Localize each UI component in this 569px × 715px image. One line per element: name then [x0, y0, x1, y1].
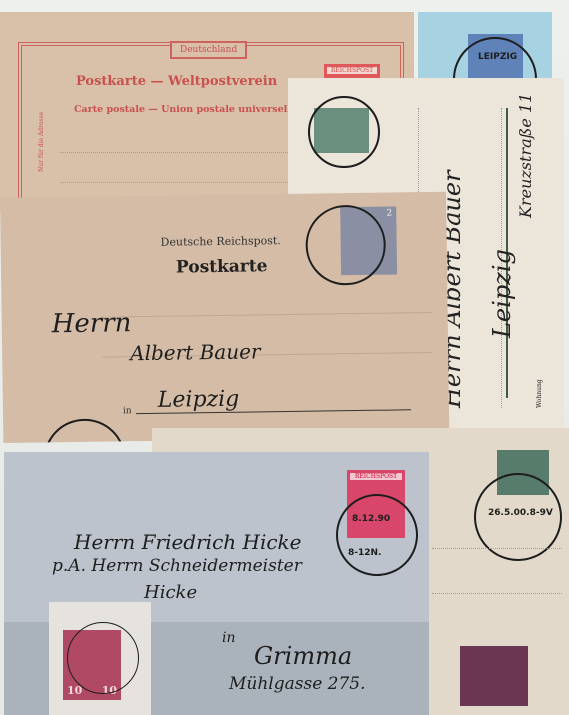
reichspost-postcard: Deutsche Reichspost. Postkarte 2 Herrn A… — [0, 192, 449, 443]
cut-square: 10 10 — [49, 602, 151, 715]
address-line — [60, 182, 290, 183]
handwritten-street: Mühlgasse 275. — [229, 674, 366, 694]
header-label: Deutschland — [170, 41, 247, 59]
handwritten-street: Kreuzstraße 11 — [516, 93, 535, 218]
postmark — [308, 96, 380, 168]
card-title: Postkarte — Weltpostverein — [76, 74, 277, 89]
address-line — [60, 152, 290, 153]
handwritten-city: Leipzig — [488, 249, 516, 338]
handwritten-city: Grimma — [254, 642, 352, 670]
side-note: Nur für die Adresse — [38, 112, 45, 172]
card-title: Postkarte — [176, 256, 268, 277]
envelope: REICHSPOST 8.12.90 8-12N. Herrn Friedric… — [4, 452, 429, 715]
postmark — [67, 622, 139, 694]
lower-postmark — [43, 418, 126, 443]
handwritten-name: Albert Bauer — [130, 339, 261, 365]
handwritten-city: Leipzig — [158, 387, 240, 413]
postage-stamp — [460, 646, 528, 706]
card-subtitle: Carte postale — Union postale universell… — [74, 104, 297, 115]
handwritten-line-2: p.A. Herrn Schneidermeister — [52, 556, 302, 576]
handwritten-line-3: Hicke — [144, 582, 197, 603]
handwritten-line-1: Herrn Friedrich Hicke — [74, 530, 302, 554]
handwritten-salutation: Herrn — [52, 308, 132, 339]
postmark — [336, 494, 418, 576]
card-header: Deutsche Reichspost. — [161, 234, 281, 249]
